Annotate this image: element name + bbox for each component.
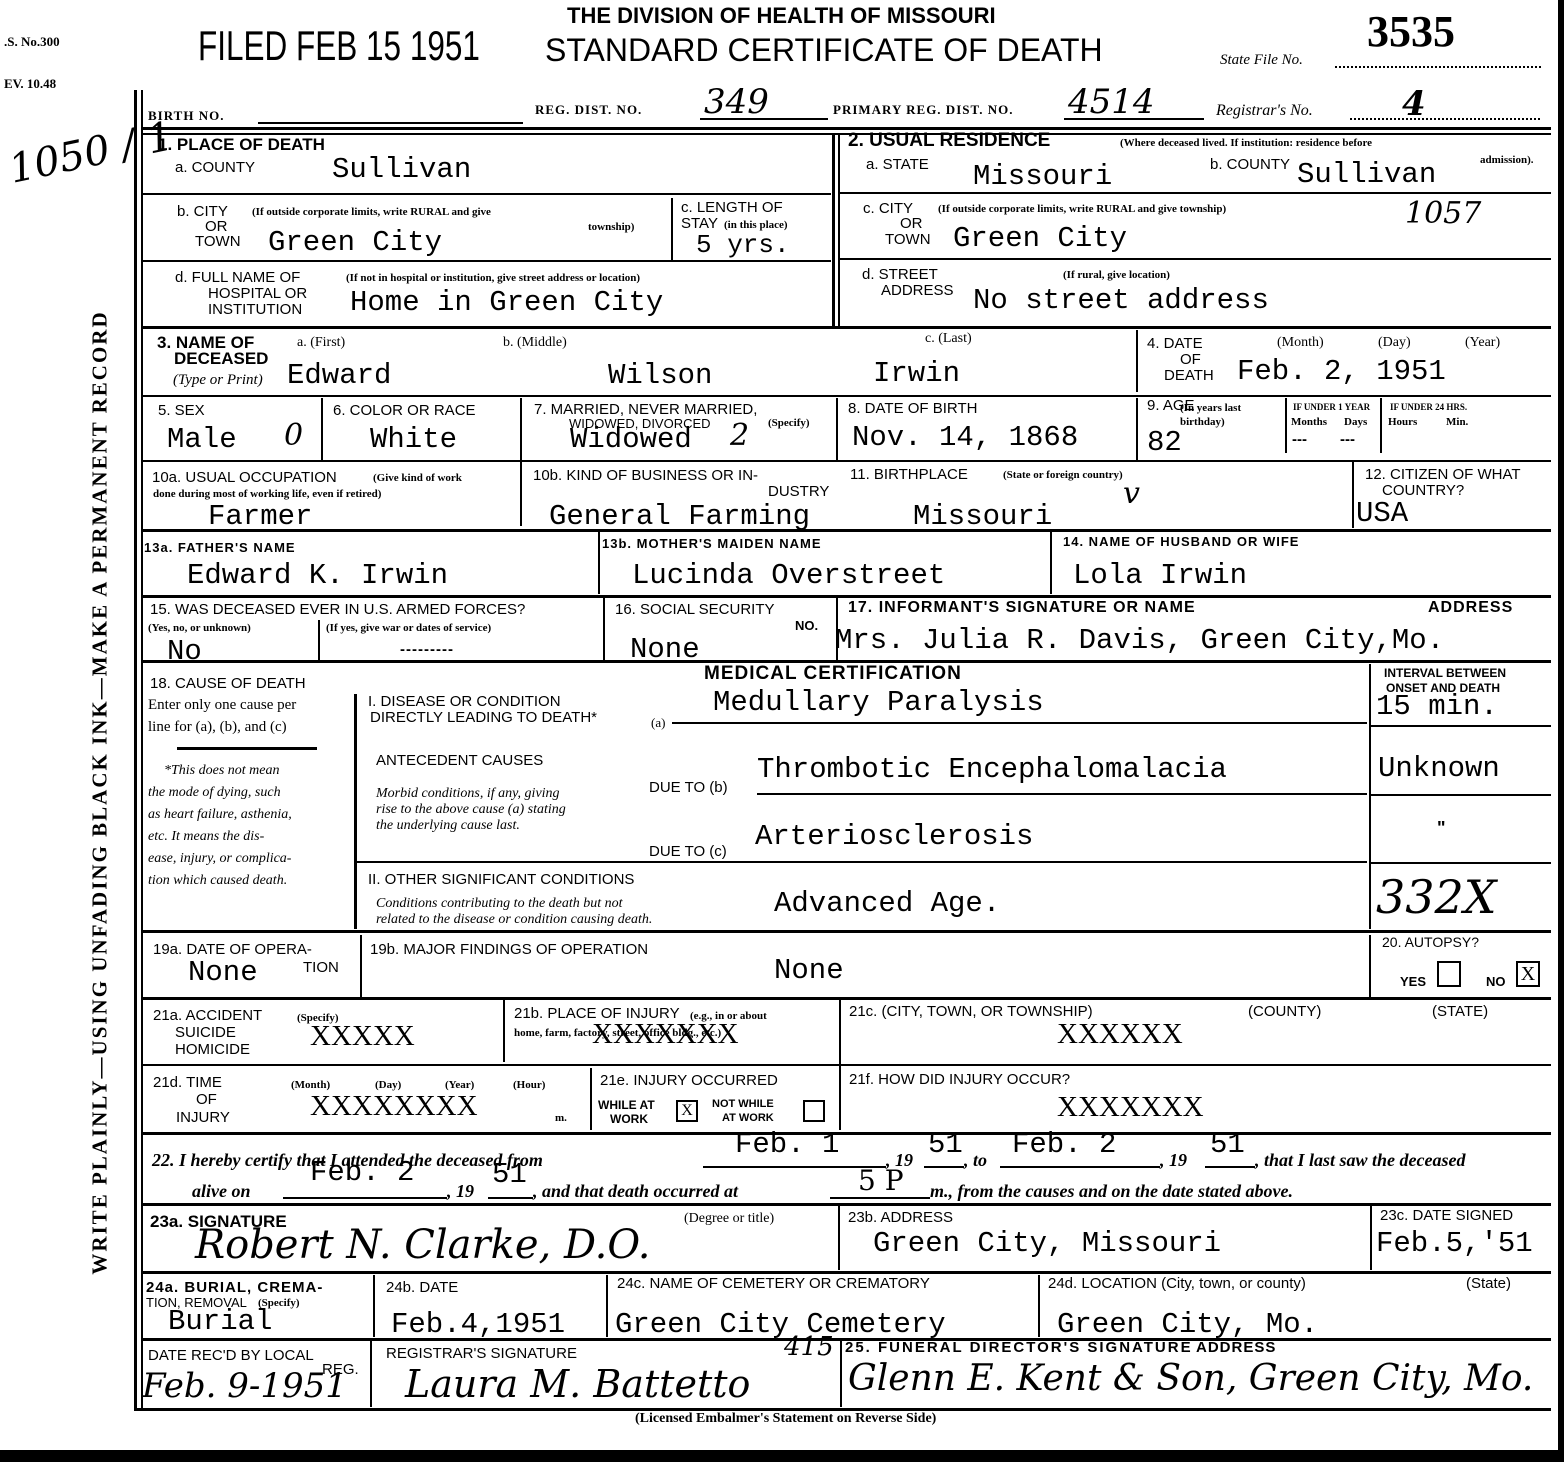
rule bbox=[840, 192, 1551, 194]
divider bbox=[321, 398, 323, 461]
race-label: 6. COLOR OR RACE bbox=[333, 403, 476, 418]
hospital-label-c: INSTITUTION bbox=[208, 302, 302, 317]
injury-m-label: m. bbox=[555, 1112, 567, 1124]
reg-dist-value: 349 bbox=[704, 82, 769, 122]
sex-check-mark: 0 bbox=[284, 418, 303, 453]
res-state-value: Missouri bbox=[973, 162, 1112, 192]
res-city-or: OR bbox=[900, 216, 923, 231]
city-label-note: (If outside corporate limits, write RURA… bbox=[252, 206, 491, 218]
rule bbox=[283, 1197, 447, 1199]
col-divider-1 bbox=[832, 133, 835, 328]
other-note: Conditions contributing to the death but… bbox=[376, 896, 652, 928]
hospital-label: d. FULL NAME OF bbox=[175, 270, 300, 285]
interval-label-a: INTERVAL BETWEEN bbox=[1384, 667, 1506, 679]
last-name-label: c. (Last) bbox=[925, 333, 972, 345]
birth-no-field[interactable] bbox=[258, 122, 523, 124]
morbid-note-line: Morbid conditions, if any, giving bbox=[376, 786, 566, 802]
sex-value: Male bbox=[167, 425, 237, 455]
certify-comma-19-b: , 19 bbox=[1160, 1152, 1187, 1169]
birthplace-value: Missouri bbox=[913, 502, 1052, 532]
street-label-b: ADDRESS bbox=[881, 283, 954, 298]
injury-state-label: (STATE) bbox=[1432, 1004, 1488, 1019]
cause-instr-a: Enter only one cause per bbox=[148, 697, 296, 714]
injury-city-label: 21c. (CITY, TOWN, OR TOWNSHIP) bbox=[849, 1004, 1093, 1019]
due-to-c-label: DUE TO (c) bbox=[649, 844, 727, 859]
cause-a-value: Medullary Paralysis bbox=[713, 688, 1044, 718]
col-divider-1b bbox=[838, 133, 840, 328]
autopsy-label: 20. AUTOPSY? bbox=[1382, 935, 1479, 950]
spouse-label: 14. NAME OF HUSBAND OR WIFE bbox=[1063, 536, 1299, 548]
antecedent-label: ANTECEDENT CAUSES bbox=[376, 753, 543, 768]
divider bbox=[1038, 1275, 1040, 1337]
place-of-death-label: 1. PLACE OF DEATH bbox=[158, 137, 325, 152]
injury-time-label-c: INJURY bbox=[176, 1110, 230, 1125]
rule bbox=[141, 193, 831, 195]
primary-reg-dist-label: PRIMARY REG. DIST. NO. bbox=[833, 104, 1013, 116]
registrar-no-label: Registrar's No. bbox=[1216, 102, 1313, 119]
marital-value: Widowed bbox=[570, 425, 692, 455]
injury-location-value: XXXXXX bbox=[1057, 1018, 1183, 1051]
interval-c-value: " bbox=[1437, 821, 1446, 836]
date-signed-label: 23c. DATE SIGNED bbox=[1380, 1208, 1513, 1223]
cause-b-value: Thrombotic Encephalomalacia bbox=[757, 755, 1227, 785]
divider bbox=[318, 620, 320, 660]
age-note: (In years last birthday) bbox=[1180, 401, 1260, 429]
occupation-note: (Give kind of work bbox=[373, 472, 462, 484]
res-county-label: b. COUNTY bbox=[1210, 157, 1290, 172]
other-note-line: Conditions contributing to the death but… bbox=[376, 896, 652, 912]
informant-label: 17. INFORMANT'S SIGNATURE OR NAME bbox=[848, 600, 1196, 615]
sex-label: 5. SEX bbox=[158, 403, 205, 418]
medical-heading: MEDICAL CERTIFICATION bbox=[704, 666, 962, 681]
cause-c-value: Arteriosclerosis bbox=[755, 822, 1033, 852]
under-year-label: IF UNDER 1 YEAR bbox=[1293, 401, 1370, 413]
cause-footnote: *This does not mean the mode of dying, s… bbox=[148, 760, 292, 892]
dod-year-label: (Year) bbox=[1465, 337, 1500, 349]
dod-label-c: DEATH bbox=[1164, 368, 1214, 383]
injury-time-label-b: OF bbox=[196, 1092, 217, 1107]
alive-on-year: 51 bbox=[492, 1160, 527, 1190]
divider bbox=[1050, 532, 1052, 594]
mother-label: 13b. MOTHER'S MAIDEN NAME bbox=[602, 538, 822, 550]
informant-address-label: ADDRESS bbox=[1428, 600, 1513, 615]
other-value: Advanced Age. bbox=[774, 889, 1000, 919]
name-label-b: DECEASED bbox=[174, 351, 268, 366]
registrar-signature-label: REGISTRAR'S SIGNATURE bbox=[386, 1346, 577, 1361]
birthplace-check-mark: v bbox=[1123, 476, 1140, 511]
funeral-director-address-label: ADDRESS bbox=[1196, 1340, 1276, 1355]
form-left-border bbox=[134, 90, 137, 1410]
not-while-work-label-b: AT WORK bbox=[722, 1112, 774, 1124]
morbid-note: Morbid conditions, if any, giving rise t… bbox=[376, 786, 566, 834]
first-name-label: a. (First) bbox=[297, 337, 345, 349]
occupation-label: 10a. USUAL OCCUPATION bbox=[152, 470, 337, 485]
embalmer-note: (Licensed Embalmer's Statement on Revers… bbox=[635, 1413, 936, 1425]
rule bbox=[924, 1166, 964, 1168]
page-bottom-edge bbox=[0, 1450, 1564, 1462]
divider bbox=[840, 1341, 842, 1407]
morbid-note-line: rise to the above cause (a) stating bbox=[376, 802, 566, 818]
business-label-b: DUSTRY bbox=[768, 484, 829, 499]
rule bbox=[141, 1271, 1551, 1274]
cemetery-value: Green City Cemetery bbox=[615, 1310, 946, 1340]
burial-date-value: Feb.4,1951 bbox=[391, 1310, 565, 1340]
injury-type-label: 21a. ACCIDENT bbox=[153, 1008, 262, 1023]
date-signed-value: Feb.5,'51 bbox=[1376, 1229, 1533, 1259]
middle-name-value: Wilson bbox=[608, 361, 712, 391]
due-to-b-label: DUE TO (b) bbox=[649, 780, 728, 795]
certificate-title: STANDARD CERTIFICATE OF DEATH bbox=[545, 32, 1103, 69]
name-label: 3. NAME OF bbox=[157, 335, 254, 350]
footnote-line: etc. It means the dis- bbox=[148, 826, 292, 848]
stay-label: c. LENGTH OF bbox=[681, 200, 783, 215]
rule bbox=[141, 529, 1551, 532]
divider bbox=[503, 1000, 505, 1062]
reg-dist-line bbox=[700, 118, 828, 120]
injury-occurred-label: 21e. INJURY OCCURRED bbox=[600, 1073, 778, 1088]
divider bbox=[1370, 1206, 1372, 1270]
primary-reg-dist-value: 4514 bbox=[1068, 82, 1155, 122]
res-city-value: Green City bbox=[953, 224, 1127, 254]
divider bbox=[1285, 398, 1287, 453]
name-label-c: (Type or Print) bbox=[173, 372, 263, 389]
physician-address-label: 23b. ADDRESS bbox=[848, 1210, 953, 1225]
injury-how-value: XXXXXXX bbox=[1057, 1091, 1204, 1124]
citizen-value: USA bbox=[1356, 499, 1408, 529]
vertical-notice: WRITE PLAINLY—USING UNFADING BLACK INK—M… bbox=[88, 193, 113, 1393]
birthplace-label: 11. BIRTHPLACE bbox=[850, 467, 968, 482]
divider bbox=[836, 398, 838, 460]
direct-label-a: I. DISEASE OR CONDITION bbox=[368, 694, 561, 709]
rule bbox=[141, 930, 1551, 933]
autopsy-yes-label: YES bbox=[1400, 976, 1426, 988]
op-date-label-b: TION bbox=[303, 960, 339, 975]
header-rule bbox=[141, 127, 1551, 130]
rule bbox=[141, 595, 1551, 598]
footnote-line: tion which caused death. bbox=[148, 870, 292, 892]
physician-signature: Robert N. Clarke, D.O. bbox=[195, 1222, 651, 1268]
other-label: II. OTHER SIGNIFICANT CONDITIONS bbox=[368, 872, 634, 887]
injury-type-label-b: SUICIDE bbox=[175, 1025, 236, 1040]
death-city-value: Green City bbox=[268, 228, 442, 258]
funeral-director-signature: Glenn E. Kent & Son, Green City, Mo. bbox=[848, 1358, 1533, 1399]
street-value: No street address bbox=[973, 286, 1269, 316]
while-at-work-label-b: WORK bbox=[610, 1113, 648, 1125]
attended-from-year: 51 bbox=[928, 1130, 963, 1160]
divider bbox=[671, 198, 673, 260]
form-revision: EV. 10.48 bbox=[4, 78, 56, 90]
rule bbox=[141, 326, 1551, 329]
stay-value: 5 yrs. bbox=[696, 230, 790, 260]
interval-b-value: Unknown bbox=[1378, 754, 1500, 784]
father-value: Edward K. Irwin bbox=[187, 561, 448, 591]
rule bbox=[1371, 862, 1551, 864]
informant-value: Mrs. Julia R. Davis, Green City,Mo. bbox=[835, 626, 1444, 656]
ssn-label: 16. SOCIAL SECURITY bbox=[615, 602, 775, 617]
rule bbox=[141, 1132, 1551, 1135]
dod-label-b: OF bbox=[1180, 352, 1201, 367]
dob-label: 8. DATE OF BIRTH bbox=[848, 401, 977, 416]
injury-county-label: (COUNTY) bbox=[1248, 1004, 1321, 1019]
rule bbox=[757, 793, 1367, 795]
divider bbox=[370, 1341, 372, 1407]
divider bbox=[590, 1068, 592, 1130]
injury-time-value: XXXXXXXX bbox=[310, 1090, 478, 1123]
injury-time-label: 21d. TIME bbox=[153, 1075, 222, 1090]
spouse-value: Lola Irwin bbox=[1073, 561, 1247, 591]
dob-value: Nov. 14, 1868 bbox=[852, 423, 1078, 453]
days-label: Days bbox=[1344, 416, 1367, 428]
age-value: 82 bbox=[1147, 428, 1182, 458]
reg-dist-label: REG. DIST. NO. bbox=[535, 104, 642, 116]
rule bbox=[488, 1197, 533, 1199]
citizen-label: 12. CITIZEN OF WHAT bbox=[1365, 467, 1521, 482]
rule bbox=[672, 722, 1367, 724]
under-day-label: IF UNDER 24 HRS. bbox=[1390, 401, 1467, 413]
divider bbox=[354, 694, 357, 929]
citizen-label-b: COUNTRY? bbox=[1382, 483, 1464, 498]
form-number: .S. No.300 bbox=[4, 36, 60, 48]
dod-label: 4. DATE bbox=[1147, 336, 1203, 351]
burial-state-label: (State) bbox=[1466, 1276, 1511, 1291]
min-label: Min. bbox=[1446, 416, 1468, 428]
city-label: b. CITY bbox=[177, 204, 228, 219]
certify-to-label: , to bbox=[964, 1152, 987, 1169]
res-city-note: (If outside corporate limits, write RURA… bbox=[938, 203, 1226, 215]
not-while-work-label: NOT WHILE bbox=[712, 1098, 774, 1110]
autopsy-no-checkbox[interactable]: X bbox=[1516, 961, 1540, 987]
op-date-value: None bbox=[188, 958, 258, 988]
city-or-label: OR bbox=[205, 219, 228, 234]
marital-check-mark: 2 bbox=[730, 418, 749, 453]
line-a-marker: (a) bbox=[651, 717, 665, 729]
burial-type-label: 24a. BURIAL, CREMA- bbox=[146, 1280, 323, 1295]
cause-label: 18. CAUSE OF DEATH bbox=[150, 676, 306, 691]
street-label: d. STREET bbox=[862, 267, 938, 282]
state-file-number: 3535 bbox=[1367, 6, 1455, 57]
op-findings-value: None bbox=[774, 956, 844, 986]
footnote-line: *This does not mean bbox=[148, 760, 292, 782]
usual-residence-note: (Where deceased lived. If institution: r… bbox=[1120, 137, 1372, 149]
hours-label: Hours bbox=[1388, 416, 1417, 428]
rule bbox=[141, 1203, 1551, 1206]
res-city-handwritten: 1057 bbox=[1405, 196, 1481, 231]
rule bbox=[141, 260, 831, 262]
injury-place-value: XXXXXXX bbox=[592, 1018, 739, 1051]
mother-value: Lucinda Overstreet bbox=[632, 561, 945, 591]
primary-reg-dist-line bbox=[1064, 118, 1204, 120]
ssn-label-b: NO. bbox=[795, 618, 818, 633]
footnote-line: ease, injury, or complica- bbox=[148, 848, 292, 870]
rule bbox=[1371, 794, 1551, 796]
while-at-work-label: WHILE AT bbox=[598, 1099, 655, 1111]
divider bbox=[603, 598, 605, 660]
while-at-work-checkbox[interactable]: X bbox=[676, 1100, 698, 1122]
hospital-label-b: HOSPITAL OR bbox=[208, 286, 307, 301]
res-city-town: TOWN bbox=[885, 232, 931, 247]
death-county-value: Sullivan bbox=[332, 155, 471, 185]
city-town-label: TOWN bbox=[195, 234, 241, 249]
armed-note-a: (Yes, no, or unknown) bbox=[148, 622, 251, 634]
registrar-signature: Laura M. Battetto bbox=[405, 1362, 750, 1406]
burial-type-value: Burial bbox=[168, 1307, 272, 1337]
divider bbox=[598, 532, 600, 594]
certify-text-d: m., from the causes and on the date stat… bbox=[930, 1183, 1293, 1200]
header-rule-2 bbox=[141, 133, 1551, 135]
business-label: 10b. KIND OF BUSINESS OR IN- bbox=[533, 468, 758, 483]
county-label: a. COUNTY bbox=[175, 160, 255, 175]
form-left-border-inner bbox=[141, 90, 143, 1410]
attended-to-date: Feb. 2 bbox=[1012, 1130, 1116, 1160]
months-value: --- bbox=[1292, 432, 1307, 447]
occupation-value: Farmer bbox=[208, 502, 312, 532]
birth-no-label: BIRTH NO. bbox=[148, 110, 224, 122]
usual-residence-note2: admission). bbox=[1480, 154, 1534, 166]
alive-on-date: Feb. 2 bbox=[310, 1158, 414, 1188]
filed-stamp: FILED FEB 15 1951 bbox=[198, 22, 480, 70]
burial-date-label: 24b. DATE bbox=[386, 1280, 458, 1295]
page-right-edge bbox=[1558, 0, 1564, 1462]
res-state-label: a. STATE bbox=[866, 157, 929, 172]
attended-to-year: 51 bbox=[1210, 1130, 1245, 1160]
race-value: White bbox=[370, 425, 457, 455]
burial-location-label: 24d. LOCATION (City, town, or county) bbox=[1048, 1276, 1306, 1291]
degree-label: (Degree or title) bbox=[684, 1213, 774, 1225]
rule bbox=[830, 1197, 930, 1199]
res-city-label: c. CITY bbox=[863, 201, 913, 216]
registrar-no-line bbox=[1350, 118, 1540, 120]
injury-type-value: XXXXX bbox=[310, 1020, 415, 1053]
state-file-line bbox=[1335, 66, 1541, 68]
birthplace-note: (State or foreign country) bbox=[1003, 469, 1123, 481]
division-name: THE DIVISION OF HEALTH OF MISSOURI bbox=[567, 3, 996, 29]
footnote-line: the mode of dying, such bbox=[148, 782, 292, 804]
rule bbox=[1000, 1166, 1160, 1168]
dod-month-label: (Month) bbox=[1277, 337, 1324, 349]
morbid-note-line: the underlying cause last. bbox=[376, 818, 566, 834]
margin-handwritten-number: 1050 / 1 bbox=[5, 113, 177, 193]
not-while-work-checkbox[interactable] bbox=[803, 1100, 825, 1122]
marital-label: 7. MARRIED, NEVER MARRIED, bbox=[534, 402, 757, 417]
certify-text-c: , and that death occurred at bbox=[533, 1183, 738, 1200]
rule bbox=[141, 395, 1551, 397]
divider bbox=[1352, 462, 1354, 528]
city-label-note2: township) bbox=[588, 221, 634, 233]
state-file-label: State File No. bbox=[1220, 52, 1303, 69]
armed-label: 15. WAS DECEASED EVER IN U.S. ARMED FORC… bbox=[150, 602, 525, 617]
burial-location-value: Green City, Mo. bbox=[1057, 1310, 1318, 1340]
rule bbox=[141, 1064, 1551, 1066]
days-value: --- bbox=[1340, 432, 1355, 447]
alive-on-label: alive on bbox=[192, 1183, 251, 1200]
divider bbox=[1380, 398, 1382, 453]
rule bbox=[840, 258, 1551, 260]
months-label: Months bbox=[1291, 416, 1327, 428]
occupation-note2: done during most of working life, even i… bbox=[153, 488, 381, 500]
divider bbox=[1369, 935, 1371, 997]
armed-dates-value: --------- bbox=[400, 642, 454, 657]
injury-how-label: 21f. HOW DID INJURY OCCUR? bbox=[849, 1072, 1070, 1087]
divider bbox=[373, 1275, 375, 1337]
business-value: General Farming bbox=[549, 502, 810, 532]
father-label: 13a. FATHER'S NAME bbox=[144, 542, 296, 554]
certify-comma-19-c: , 19 bbox=[447, 1183, 474, 1200]
hospital-note: (If not in hospital or institution, give… bbox=[346, 272, 640, 284]
cause-code-handwritten: 332X bbox=[1376, 870, 1497, 924]
direct-label-b: DIRECTLY LEADING TO DEATH* bbox=[370, 710, 597, 725]
death-time-value: 5 P bbox=[858, 1164, 904, 1197]
injury-type-label-c: HOMICIDE bbox=[175, 1042, 250, 1057]
rule bbox=[522, 460, 1551, 462]
divider bbox=[520, 398, 522, 526]
divider bbox=[1369, 664, 1371, 929]
attended-from-date: Feb. 1 bbox=[735, 1130, 839, 1160]
interval-a-value: 15 min. bbox=[1376, 692, 1498, 722]
physician-address-value: Green City, Missouri bbox=[873, 1229, 1221, 1259]
cemetery-label: 24c. NAME OF CEMETERY OR CREMATORY bbox=[617, 1276, 930, 1291]
op-findings-label: 19b. MAJOR FINDINGS OF OPERATION bbox=[370, 942, 648, 957]
rule bbox=[1205, 1166, 1255, 1168]
dod-day-label: (Day) bbox=[1378, 337, 1411, 349]
autopsy-no-label: NO bbox=[1486, 976, 1506, 988]
other-note-line: related to the disease or condition caus… bbox=[376, 912, 652, 928]
funeral-director-label: 25. FUNERAL DIRECTOR'S SIGNATURE bbox=[845, 1340, 1193, 1355]
footnote-line: as heart failure, asthenia, bbox=[148, 804, 292, 826]
date-received-value: Feb. 9-1951 bbox=[142, 1366, 347, 1406]
stay-label-b: STAY bbox=[681, 216, 718, 231]
rule bbox=[141, 997, 1551, 1000]
rule bbox=[357, 861, 1367, 863]
divider bbox=[360, 935, 362, 997]
certify-text-b: , that I last saw the deceased bbox=[1255, 1152, 1466, 1169]
divider bbox=[1136, 398, 1138, 460]
middle-name-label: b. (Middle) bbox=[503, 337, 567, 349]
rule bbox=[177, 747, 317, 750]
divider bbox=[838, 1206, 840, 1270]
registrar-number: 415 bbox=[784, 1332, 834, 1362]
res-county-value: Sullivan bbox=[1297, 160, 1436, 190]
divider bbox=[1136, 330, 1138, 392]
dod-value: Feb. 2, 1951 bbox=[1237, 357, 1446, 387]
armed-note-b: (If yes, give war or dates of service) bbox=[326, 622, 491, 634]
marital-note: (Specify) bbox=[768, 417, 810, 429]
op-date-label: 19a. DATE OF OPERA- bbox=[153, 942, 312, 957]
usual-residence-label: 2. USUAL RESIDENCE bbox=[848, 133, 1050, 148]
rule bbox=[1371, 725, 1551, 727]
first-name-value: Edward bbox=[287, 361, 391, 391]
cause-instr-b: line for (a), (b), and (c) bbox=[148, 719, 287, 736]
rule bbox=[141, 460, 521, 462]
last-name-value: Irwin bbox=[873, 359, 960, 389]
autopsy-yes-checkbox[interactable] bbox=[1437, 961, 1461, 987]
street-note: (If rural, give location) bbox=[1063, 269, 1170, 281]
divider bbox=[606, 1275, 608, 1337]
injury-hour-label: (Hour) bbox=[513, 1079, 545, 1091]
hospital-value: Home in Green City bbox=[350, 288, 663, 318]
date-received-label: DATE REC'D BY LOCAL bbox=[148, 1348, 314, 1363]
